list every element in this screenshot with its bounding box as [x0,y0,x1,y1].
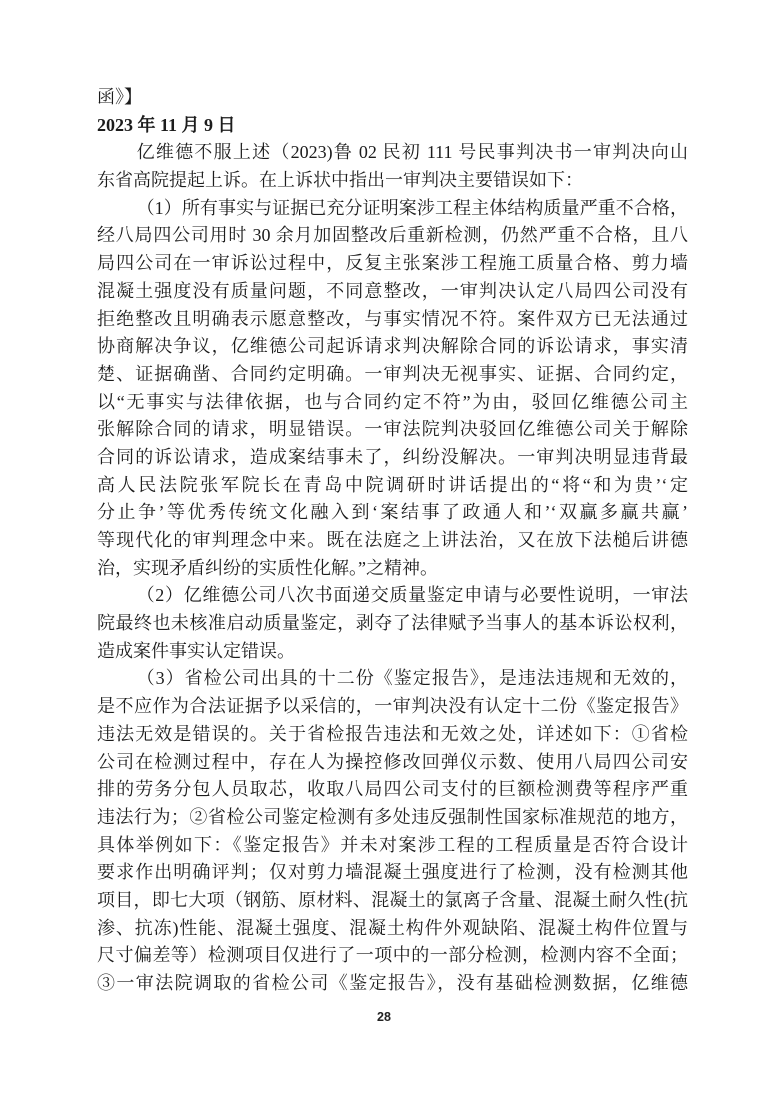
document-page: 函》】 2023 年 11 月 9 日 亿维德不服上述（2023)鲁 02 民初… [0,0,768,1094]
text-line: 要求作出明确评判；仅对剪力墙混凝土强度进行了检测，没有检测其他 [97,859,688,887]
date-line: 2023 年 11 月 9 日 [97,112,688,140]
page-footer: 28 [0,1008,768,1026]
text-line: （1）所有事实与证据已充分证明案涉工程主体结构质量严重不合格， [97,195,688,223]
text-line: 东省高院提起上诉。在上诉状中指出一审判决主要错误如下： [97,167,688,195]
text-line: 混凝土强度没有质量问题，不同意整改，一审判决认定八局四公司没有 [97,278,688,306]
text-line: （2）亿维德公司八次书面递交质量鉴定申请与必要性说明，一审法 [97,582,688,610]
document-body: 函》】 2023 年 11 月 9 日 亿维德不服上述（2023)鲁 02 民初… [97,84,688,998]
text-line: 排的劳务分包人员取芯，收取八局四公司支付的巨额检测费等程序严重 [97,776,688,804]
text-line: ③一审法院调取的省检公司《鉴定报告》，没有基础检测数据，亿维德 [97,970,688,998]
text-line: 高人民法院张军院长在青岛中院调研时讲话提出的“将“和为贵’‘定 [97,472,688,500]
text-line: 等现代化的审判理念中来。既在法庭之上讲法治，又在放下法槌后讲德 [97,527,688,555]
text-line: 分止争’等优秀传统文化融入到‘案结事了政通人和’‘双赢多赢共赢’ [97,499,688,527]
text-line: 院最终也未核准启动质量鉴定，剥夺了法律赋予当事人的基本诉讼权利， [97,610,688,638]
text-line: 具体举例如下：《鉴定报告》并未对案涉工程的工程质量是否符合设计 [97,832,688,860]
text-line: 违法行为；②省检公司鉴定检测有多处违反强制性国家标准规范的地方， [97,804,688,832]
text-line: 造成案件事实认定错误。 [97,638,688,666]
text-line: 协商解决争议，亿维德公司起诉请求判决解除合同的诉讼请求，事实清 [97,333,688,361]
text-line: 公司在检测过程中，存在人为操控修改回弹仪示数、使用八局四公司安 [97,749,688,777]
text-line: 是不应作为合法证据予以采信的，一审判决没有认定十二份《鉴定报告》 [97,693,688,721]
page-number: 28 [377,1010,391,1024]
text-line: 张解除合同的请求，明显错误。一审法院判决驳回亿维德公司关于解除 [97,416,688,444]
text-line: 经八局四公司用时 30 余月加固整改后重新检测，仍然严重不合格，且八 [97,222,688,250]
text-line: 违法无效是错误的。关于省检报告违法和无效之处，详述如下：①省检 [97,721,688,749]
text-line: 合同的诉讼请求，造成案结事未了，纠纷没解决。一审判决明显违背最 [97,444,688,472]
text-line: 楚、证据确凿、合同约定明确。一审判决无视事实、证据、合同约定， [97,361,688,389]
text-line: 项目，即七大项（钢筋、原材料、混凝土的氯离子含量、混凝土耐久性(抗 [97,887,688,915]
text-line: 函》】 [97,84,688,112]
text-line: 拒绝整改且明确表示愿意整改，与事实情况不符。案件双方已无法通过 [97,306,688,334]
text-line: 渗、抗冻)性能、混凝土强度、混凝土构件外观缺陷、混凝土构件位置与 [97,915,688,943]
text-line: 治，实现矛盾纠纷的实质性化解。”之精神。 [97,555,688,583]
text-line: 亿维德不服上述（2023)鲁 02 民初 111 号民事判决书一审判决向山 [97,139,688,167]
text-line: 局四公司在一审诉讼过程中，反复主张案涉工程施工质量合格、剪力墙 [97,250,688,278]
text-line: 尺寸偏差等）检测项目仅进行了一项中的一部分检测，检测内容不全面； [97,942,688,970]
text-line: （3）省检公司出具的十二份《鉴定报告》，是违法违规和无效的， [97,665,688,693]
text-line: 以“无事实与法律依据，也与合同约定不符”为由，驳回亿维德公司主 [97,389,688,417]
